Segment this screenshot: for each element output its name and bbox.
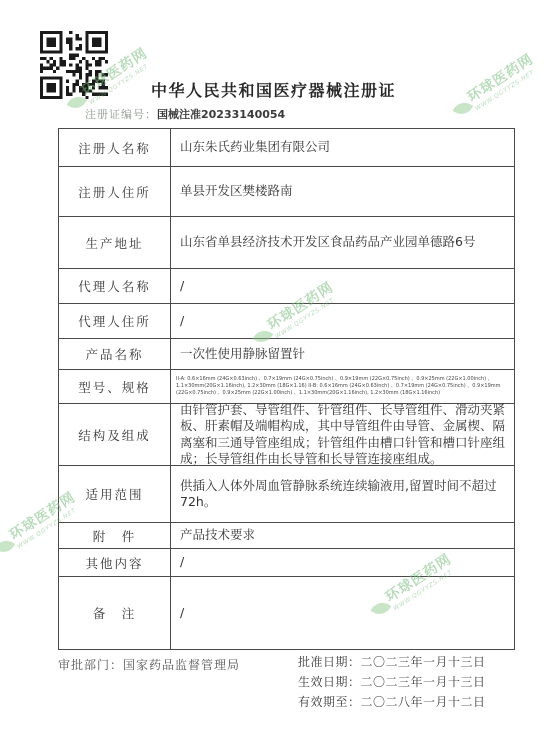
row-value: II-A: 0.6×16mm (24G×0.63inch) 、0.7×19mm … xyxy=(171,370,514,403)
registration-number: 注册证编号：国械注准20233140054 xyxy=(85,106,285,122)
row-value: 一次性使用静脉留置针 xyxy=(171,339,514,369)
table-row: 产品名称 一次性使用静脉留置针 xyxy=(59,339,514,370)
row-value: 产品技术要求 xyxy=(171,523,514,548)
row-label: 注册人住所 xyxy=(59,167,171,216)
effective-date: 生效日期：二〇二三年一月十三日 xyxy=(298,672,486,692)
row-value: / xyxy=(171,549,514,576)
row-label: 备 注 xyxy=(59,577,171,649)
row-label: 结构及组成 xyxy=(59,404,171,465)
row-label: 产品名称 xyxy=(59,339,171,369)
table-row: 其他内容 / xyxy=(59,549,514,577)
certificate-page: 中华人民共和国医疗器械注册证 注册证编号：国械注准20233140054 注册人… xyxy=(0,0,547,751)
row-label: 附 件 xyxy=(59,523,171,548)
row-value: / xyxy=(171,269,514,303)
row-label: 代理人名称 xyxy=(59,269,171,303)
expiry-date: 有效期至：二〇二八年一月十二日 xyxy=(298,692,486,712)
row-label: 型号、规格 xyxy=(59,370,171,403)
row-value: / xyxy=(171,577,514,649)
page-title: 中华人民共和国医疗器械注册证 xyxy=(0,78,547,101)
row-value: 单县开发区樊楼路南 xyxy=(171,167,514,216)
certificate-dates: 批准日期：二〇二三年一月十三日 生效日期：二〇二三年一月十三日 有效期至：二〇二… xyxy=(298,652,486,712)
row-value: 供插入人体外周血管静脉系统连续输液用,留置时间不超过72h。 xyxy=(171,466,514,522)
approval-department: 审批部门：国家药品监督管理局 xyxy=(58,656,240,673)
table-row: 型号、规格 II-A: 0.6×16mm (24G×0.63inch) 、0.7… xyxy=(59,370,514,404)
table-row: 注册人名称 山东朱氏药业集团有限公司 xyxy=(59,129,514,167)
approve-date: 批准日期：二〇二三年一月十三日 xyxy=(298,652,486,672)
row-value: 由针管护套、导管组件、针管组件、长导管组件、滑动夹紧板、肝素帽及端帽构成，其中导… xyxy=(171,404,514,465)
row-value: 山东朱氏药业集团有限公司 xyxy=(171,129,514,166)
table-row: 结构及组成 由针管护套、导管组件、针管组件、长导管组件、滑动夹紧板、肝素帽及端帽… xyxy=(59,404,514,466)
leaf-icon xyxy=(453,98,474,119)
table-row: 备 注 / xyxy=(59,577,514,649)
row-value: 山东省单县经济技术开发区食品药品产业园单德路6号 xyxy=(171,217,514,268)
row-label: 代理人住所 xyxy=(59,304,171,338)
table-row: 代理人住所 / xyxy=(59,304,514,339)
row-label: 其他内容 xyxy=(59,549,171,576)
row-label: 适用范围 xyxy=(59,466,171,522)
registration-number-label: 注册证编号： xyxy=(85,108,157,121)
table-row: 代理人名称 / xyxy=(59,269,514,304)
table-row: 生产地址 山东省单县经济技术开发区食品药品产业园单德路6号 xyxy=(59,217,514,269)
table-row: 注册人住所 单县开发区樊楼路南 xyxy=(59,167,514,217)
table-row: 附 件 产品技术要求 xyxy=(59,523,514,549)
certificate-table: 注册人名称 山东朱氏药业集团有限公司 注册人住所 单县开发区樊楼路南 生产地址 … xyxy=(58,128,515,650)
row-value: / xyxy=(171,304,514,338)
leaf-icon xyxy=(0,536,15,557)
row-label: 生产地址 xyxy=(59,217,171,268)
row-label: 注册人名称 xyxy=(59,129,171,166)
table-row: 适用范围 供插入人体外周血管静脉系统连续输液用,留置时间不超过72h。 xyxy=(59,466,514,523)
registration-number-value: 国械注准20233140054 xyxy=(157,108,285,121)
